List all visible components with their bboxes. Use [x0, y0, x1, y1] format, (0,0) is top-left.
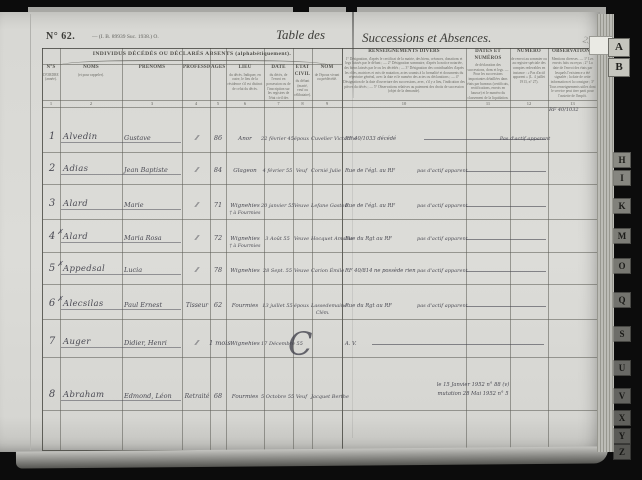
- cell-death-date: 3 Août 55: [261, 236, 294, 242]
- table-row: 4 ✗ Alard Maria Rosa ⁄⁄ 72 Wignehies † à…: [0, 219, 642, 252]
- index-tab-o: O: [613, 258, 631, 274]
- column-header: DATES ET NUMÉROSde déclaration des succe…: [466, 48, 510, 100]
- cell-marital-status: Veuf: [291, 394, 312, 400]
- column-header-subtext: du décès. Indiquer, en outre, le lieu de…: [227, 73, 263, 92]
- scanned-register-page: N° 62. — (I. B. 89939 Suc. 1938.) O. Tab…: [0, 0, 642, 480]
- cell-declaration-note: le 15 Janvier 1952 n° 88 (v): [398, 382, 548, 388]
- column-header: ÉTAT CIVILdu défunt (marié, veuf ou céli…: [293, 64, 312, 100]
- form-reference: — (I. B. 89939 Suc. 1938.) O.: [92, 34, 159, 40]
- cell-spouse-name: Jacquet Berthe: [311, 394, 345, 400]
- ink-baseline: [61, 209, 181, 210]
- grid-line: [42, 410, 597, 411]
- cell-misc-note: Rue du Rgt au RF: [345, 303, 423, 309]
- cell-misc-note: RF 40/814 ne possède rien: [345, 268, 423, 274]
- cell-spouse-name: Cornié Julie: [311, 168, 345, 174]
- cell-profession: ⁄⁄: [184, 135, 210, 142]
- page-title-left: Table des: [276, 27, 325, 43]
- table-row: 6 ✗ Alecsilas Paul Ernest Tisseur 62 Fou…: [0, 284, 642, 319]
- cell-misc-note: Rue de l'égl. au RF: [345, 203, 423, 209]
- cell-profession: ⁄⁄: [184, 267, 210, 274]
- cell-firstnames: Didier, Henri: [124, 339, 182, 347]
- column-number: 13: [548, 101, 597, 106]
- cell-firstnames: Lucia: [124, 266, 182, 274]
- cell-marital-status: Veuve: [291, 268, 312, 274]
- cell-surname: Alvedin: [63, 132, 123, 142]
- ink-dash-line: [466, 239, 546, 240]
- column-header: DATEdu décès, de l'envoi en possession o…: [264, 64, 293, 100]
- cell-death-place: Glageon: [226, 168, 264, 174]
- table-row: 8 Abraham Edmond, Léon Retraité 68 Fourm…: [0, 357, 642, 410]
- ink-baseline: [61, 347, 181, 348]
- cell-no-assets-note: pas d'actif apparent: [417, 268, 469, 274]
- cell-order-number: 7: [44, 336, 60, 347]
- column-header-label: NOM: [313, 65, 341, 72]
- cell-death-place: Wignehies: [226, 236, 264, 242]
- cell-age: 86: [209, 134, 227, 142]
- cell-death-date: 4 février 55: [261, 168, 294, 174]
- cell-death-place-note: † à Fourmies: [226, 211, 264, 216]
- cell-firstnames: Edmond, Léon: [124, 392, 182, 400]
- index-tab-s: S: [613, 326, 631, 342]
- table-row: 2 Adias Jean Baptiste ⁄⁄ 84 Glageon 4 fé…: [0, 152, 642, 184]
- column-header-subtext: de l'époux vivant ou prédécédé.: [313, 73, 341, 82]
- column-header-label: DATE: [265, 65, 292, 72]
- cell-spouse-name-2: Clém.: [316, 311, 346, 316]
- cell-spouse-name: Cuvelier Victorine: [311, 136, 345, 142]
- cell-observation-note: RF 40/1032: [549, 107, 596, 113]
- column-number: 11: [466, 101, 510, 106]
- page-title-right: Successions et Absences.: [362, 30, 491, 46]
- column-header: NUMÉROde renvoi au sommier ou au registr…: [510, 48, 548, 100]
- column-number: 6: [226, 101, 264, 106]
- cell-surname: Abraham: [63, 390, 123, 400]
- column-number: 12: [510, 101, 548, 106]
- cell-spouse-name: Lassedemaine: [311, 303, 345, 309]
- column-number: 1: [42, 101, 60, 106]
- column-header-subtext: du défunt (marié, veuf ou célibataire).: [294, 79, 311, 98]
- cell-age: 68: [209, 392, 227, 400]
- column-header-label: N°S: [43, 65, 59, 72]
- cell-order-number: 8: [44, 389, 60, 400]
- index-tab-z: Z: [613, 444, 631, 460]
- index-tab-i: I: [613, 170, 631, 186]
- cell-marital-status: époux: [291, 303, 312, 309]
- cell-misc-note: Rue de l'égl. au RF: [345, 168, 423, 174]
- cell-death-place: Wignehies: [226, 268, 264, 274]
- cell-surname: Adias: [63, 164, 123, 174]
- check-mark: ✗: [57, 260, 63, 268]
- cell-no-assets-note: pas d'actif apparent: [417, 303, 469, 309]
- column-header: N°SD'ORDRE (année).: [42, 64, 60, 100]
- column-header-label: PROFESSIONS: [183, 65, 209, 72]
- column-header-label: DATES ET NUMÉROS: [467, 49, 509, 62]
- form-number: N° 62.: [46, 31, 75, 42]
- check-mark: ✗: [57, 295, 63, 303]
- column-header: OBSERVATIONSMentions diverses. — 1° Les …: [548, 48, 597, 100]
- column-header-label: PRÉNOMS: [123, 65, 181, 72]
- column-header-subtext: 1° Désignation, d'après le certificat de…: [343, 57, 465, 94]
- cell-death-place: Anor: [226, 136, 264, 142]
- cell-death-date: 5 Octobre 55: [261, 394, 294, 400]
- cell-spouse-name: Lefane Gaston: [311, 203, 345, 209]
- column-header: NOMde l'époux vivant ou prédécédé.: [312, 64, 342, 100]
- column-header: PRÉNOMS: [122, 64, 182, 100]
- cell-firstnames: Gustave: [124, 134, 182, 142]
- cell-profession: Retraité: [184, 393, 210, 400]
- cell-death-place: Fourmies: [226, 394, 264, 400]
- cell-death-date: 28 Sept. 55: [261, 268, 294, 274]
- ink-dash-line: [466, 171, 546, 172]
- cell-age: 84: [209, 166, 227, 174]
- cell-age: 78: [209, 266, 227, 274]
- column-number: 4: [182, 101, 210, 106]
- cell-age: 71: [209, 201, 227, 209]
- ink-baseline: [61, 142, 181, 143]
- index-tab-k: K: [613, 198, 631, 214]
- index-tab-h: H: [613, 152, 631, 168]
- index-tab-u: U: [613, 360, 631, 376]
- ink-baseline: [61, 309, 181, 310]
- column-number: 9: [312, 101, 342, 106]
- cell-order-number: 2: [44, 163, 60, 174]
- index-tab-y: Y: [613, 428, 631, 444]
- column-header-subtext: de déclaration des successions, dons et …: [467, 63, 509, 100]
- column-header-subtext: D'ORDRE (année).: [43, 73, 59, 82]
- cell-surname: Appedsal: [63, 264, 123, 274]
- cell-firstnames: Jean Baptiste: [124, 166, 182, 174]
- check-mark: ✗: [57, 228, 63, 236]
- index-tab-v: V: [613, 388, 631, 404]
- cell-no-assets-note: pas d'actif apparent: [417, 168, 469, 174]
- column-header-subtext: du décès, de l'envoi en possession ou de…: [265, 73, 292, 101]
- cell-death-date: 13 juillet 55: [261, 303, 294, 309]
- table-row: 1 Alvedin Gustave ⁄⁄ 86 Anor 22 février …: [0, 107, 642, 152]
- cell-misc-note: RF 40/1033 décédé: [345, 136, 423, 142]
- cell-age: 72: [209, 234, 227, 242]
- column-header: ÂGES: [210, 64, 226, 100]
- ink-dash-line: [466, 206, 546, 207]
- column-header: LIEUdu décès. Indiquer, en outre, le lie…: [226, 64, 264, 100]
- ink-dash-line: [466, 306, 546, 307]
- cell-surname: Alard: [63, 232, 123, 242]
- cell-surname: Alecsilas: [63, 299, 123, 309]
- column-header-subtext: (et pour rappeler).: [61, 73, 121, 78]
- index-tab-q: Q: [613, 292, 631, 308]
- cell-death-date: 20 janvier 55: [261, 203, 294, 209]
- cell-profession: ⁄⁄: [184, 235, 210, 242]
- cell-death-place: Wignehies: [226, 341, 264, 347]
- column-header: PROFESSIONS: [182, 64, 210, 100]
- cell-order-number: 1: [44, 131, 60, 142]
- column-header-label: ÉTAT CIVIL: [294, 65, 311, 78]
- column-header: NOMS(et pour rappeler).: [60, 64, 122, 100]
- ink-baseline: [61, 174, 181, 175]
- table-row: 5 ✗ Appedsal Lucia ⁄⁄ 78 Wignehies 28 Se…: [0, 252, 642, 284]
- ink-dash-line: [424, 139, 546, 140]
- ink-baseline: [61, 242, 181, 243]
- column-header-label: ÂGES: [211, 65, 225, 72]
- ink-dash-line: [466, 271, 546, 272]
- column-number: 3: [122, 101, 182, 106]
- column-header-label: LIEU: [227, 65, 263, 72]
- cell-marital-status: Veuve: [291, 203, 312, 209]
- cell-profession: ⁄⁄: [184, 167, 210, 174]
- table-row: 7 Auger Didier, Henri ⁄⁄ 1 mois Wignehie…: [0, 319, 642, 357]
- cell-surname: Alard: [63, 199, 123, 209]
- column-number: 10: [342, 101, 466, 106]
- cell-marital-status: époux: [291, 136, 312, 142]
- cell-firstnames: Marie: [124, 201, 182, 209]
- cell-death-date: 22 février 45: [261, 136, 294, 142]
- column-header-subtext: de renvoi au sommier ou au registre spéc…: [511, 57, 547, 85]
- group-header: INDIVIDUS DÉCÉDÉS OU DÉCLARÉS ABSENTS (a…: [42, 51, 342, 57]
- column-header-label: RENSEIGNEMENTS DIVERS: [343, 49, 465, 56]
- cell-spouse-name: Carion Émile: [311, 268, 345, 274]
- cell-misc-note: Rue du Rgt au RF: [345, 236, 423, 242]
- cell-profession: Tisseur: [184, 302, 210, 309]
- ink-dash-line: [372, 344, 544, 345]
- index-tab-a: A: [608, 38, 630, 57]
- column-number: 2: [60, 101, 122, 106]
- cell-firstnames: Maria Rosa: [124, 234, 182, 242]
- cell-profession: ⁄⁄: [184, 202, 210, 209]
- index-tab-x: X: [613, 410, 631, 426]
- cell-surname: Auger: [63, 337, 123, 347]
- cell-declaration-note-2: mutation 28 Mai 1952 n° 5: [398, 391, 548, 397]
- index-tab-m: M: [613, 228, 631, 244]
- column-number: 5: [210, 101, 226, 106]
- column-header-subtext: Mentions diverses. — 1° Les envois faits…: [549, 57, 596, 99]
- cell-death-place: Fourmies: [226, 303, 264, 309]
- book-fore-edge: [597, 14, 614, 452]
- cell-death-place-note: † à Fourmies: [226, 244, 264, 249]
- cell-no-assets-note: pas d'actif apparent: [417, 203, 469, 209]
- cell-order-number: 3: [44, 198, 60, 209]
- ink-baseline: [61, 400, 181, 401]
- cell-spouse-name: Hocquet Amable: [311, 236, 345, 242]
- index-tab-b: B: [608, 58, 630, 77]
- column-header-label: NUMÉRO: [511, 49, 547, 56]
- cell-no-assets-note: pas d'actif apparent: [417, 236, 469, 242]
- cell-age: 1 mois: [209, 339, 227, 347]
- cell-death-place: Wignehies: [226, 203, 264, 209]
- column-number: 8: [293, 101, 312, 106]
- register-page: N° 62. — (I. B. 89939 Suc. 1938.) O. Tab…: [0, 12, 600, 452]
- cell-age: 62: [209, 301, 227, 309]
- column-header: RENSEIGNEMENTS DIVERS1° Désignation, d'a…: [342, 48, 466, 100]
- cell-firstnames: Paul Ernest: [124, 301, 182, 309]
- column-number: 7: [264, 101, 293, 106]
- cell-marital-status: Veuve: [291, 236, 312, 242]
- cell-profession: ⁄⁄: [184, 340, 210, 347]
- cell-marital-status: Veuf: [291, 168, 312, 174]
- ink-baseline: [61, 274, 181, 275]
- column-header-label: NOMS: [61, 65, 121, 72]
- table-row: 3 Alard Marie ⁄⁄ 71 Wignehies † à Fourmi…: [0, 184, 642, 219]
